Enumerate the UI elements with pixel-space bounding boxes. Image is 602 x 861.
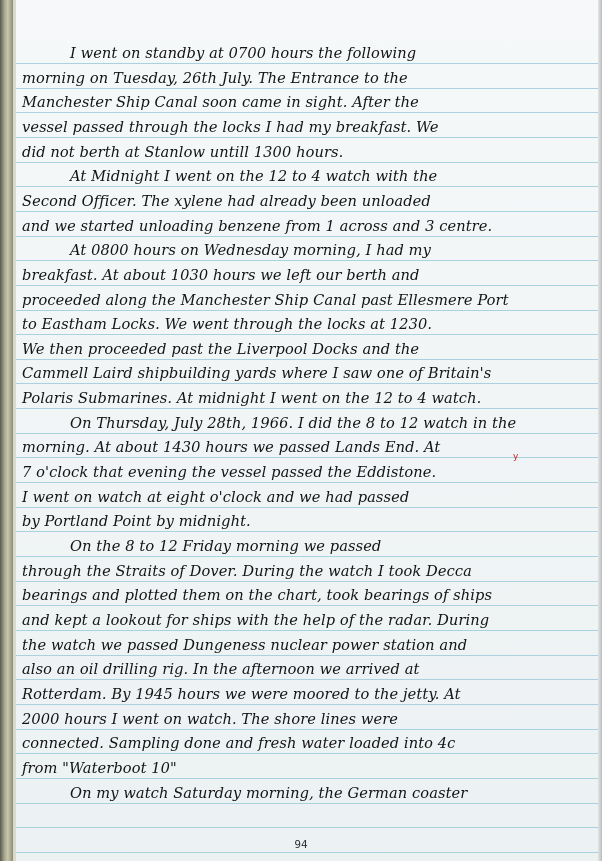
text-line: breakfast. At about 1030 hours we left o… xyxy=(22,266,596,286)
text-line: bearings and plotted them on the chart, … xyxy=(22,586,596,606)
text-line: At Midnight I went on the 12 to 4 watch … xyxy=(22,167,596,187)
text-line: Second Officer. The xylene had already b… xyxy=(22,192,596,212)
text-line: by Portland Point by midnight. xyxy=(22,512,596,532)
text-line: to Eastham Locks. We went through the lo… xyxy=(22,315,596,335)
text-line: and kept a lookout for ships with the he… xyxy=(22,611,596,631)
text-line: Manchester Ship Canal soon came in sight… xyxy=(22,93,596,113)
text-line: morning. At about 1430 hours we passed L… xyxy=(22,438,596,458)
journal-page: I went on standby at 0700 hours the foll… xyxy=(0,0,602,861)
text-line: 2000 hours I went on watch. The shore li… xyxy=(22,710,596,730)
text-line: I went on standby at 0700 hours the foll… xyxy=(22,44,596,64)
text-line: also an oil drilling rig. In the afterno… xyxy=(22,660,596,680)
text-line: 7 o'clock that evening the vessel passed… xyxy=(22,463,596,483)
text-line: morning on Tuesday, 26th July. The Entra… xyxy=(22,69,596,89)
text-line: Rotterdam. By 1945 hours we were moored … xyxy=(22,685,596,705)
text-line: from "Waterboot 10" xyxy=(22,759,596,779)
text-line: Cammell Laird shipbuilding yards where I… xyxy=(22,364,596,384)
text-line: On my watch Saturday morning, the German… xyxy=(22,784,596,804)
text-line: On the 8 to 12 Friday morning we passed xyxy=(22,537,596,557)
text-line: the watch we passed Dungeness nuclear po… xyxy=(22,636,596,656)
text-line: I went on watch at eight o'clock and we … xyxy=(22,488,596,508)
text-line: On Thursday, July 28th, 1966. I did the … xyxy=(22,414,596,434)
text-line: proceeded along the Manchester Ship Cana… xyxy=(22,291,596,311)
text-line: We then proceeded past the Liverpool Doc… xyxy=(22,340,596,360)
margin-correction: y xyxy=(513,452,518,462)
text-line: did not berth at Stanlow untill 1300 hou… xyxy=(22,143,596,163)
text-line: Polaris Submarines. At midnight I went o… xyxy=(22,389,596,409)
handwritten-text: I went on standby at 0700 hours the foll… xyxy=(0,0,602,861)
page-number: 94 xyxy=(0,838,602,851)
text-line: vessel passed through the locks I had my… xyxy=(22,118,596,138)
text-line: through the Straits of Dover. During the… xyxy=(22,562,596,582)
text-line: and we started unloading benzene from 1 … xyxy=(22,217,596,237)
text-line: connected. Sampling done and fresh water… xyxy=(22,734,596,754)
text-line: At 0800 hours on Wednesday morning, I ha… xyxy=(22,241,596,261)
